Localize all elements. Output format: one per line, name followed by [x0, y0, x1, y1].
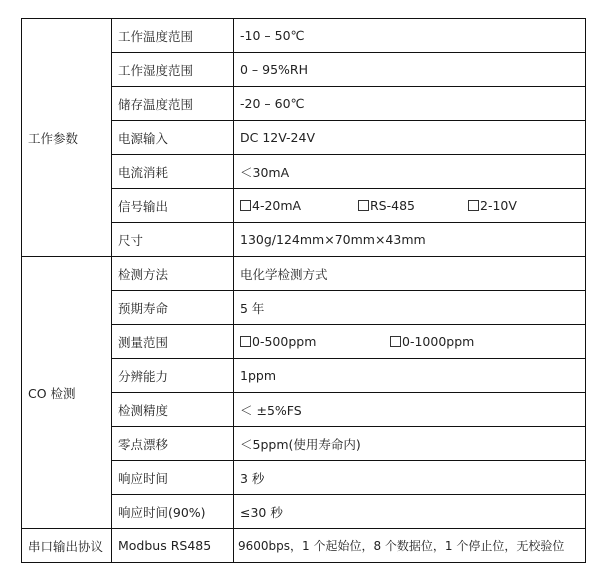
param-name: 响应时间(90%) [112, 495, 234, 529]
option-rs485[interactable]: RS-485 [358, 198, 468, 213]
param-name: 信号输出 [112, 189, 234, 223]
param-value: -10 – 50℃ [234, 19, 586, 53]
param-name: 检测方法 [112, 257, 234, 291]
param-value: DC 12V-24V [234, 121, 586, 155]
param-name: 分辨能力 [112, 359, 234, 393]
param-name: 储存温度范围 [112, 87, 234, 121]
param-name: 测量范围 [112, 325, 234, 359]
param-value: 电化学检测方式 [234, 257, 586, 291]
param-name: 工作湿度范围 [112, 53, 234, 87]
param-value-options: 4-20mARS-4852-10V [234, 189, 586, 223]
param-value: 130g/124mm×70mm×43mm [234, 223, 586, 257]
param-name: 响应时间 [112, 461, 234, 495]
table-row: 串口输出协议 Modbus RS485 9600bps，1 个起始位，8 个数据… [22, 529, 586, 563]
param-name: 零点漂移 [112, 427, 234, 461]
param-value-options: 0-500ppm0-1000ppm [234, 325, 586, 359]
param-value: ＜ ±5%FS [234, 393, 586, 427]
param-value: 0 – 95%RH [234, 53, 586, 87]
param-value: 1ppm [234, 359, 586, 393]
param-name: 尺寸 [112, 223, 234, 257]
param-name: 检测精度 [112, 393, 234, 427]
option-4-20ma[interactable]: 4-20mA [240, 198, 358, 213]
param-name: 电源输入 [112, 121, 234, 155]
param-name: 工作温度范围 [112, 19, 234, 53]
param-name: 预期寿命 [112, 291, 234, 325]
param-value: ≤30 秒 [234, 495, 586, 529]
param-value: 9600bps，1 个起始位，8 个数据位，1 个停止位，无校验位 [234, 529, 586, 563]
param-name: 电流消耗 [112, 155, 234, 189]
group-label-serial-protocol: 串口输出协议 [22, 529, 112, 563]
param-value: ＜30mA [234, 155, 586, 189]
table-row: CO 检测 检测方法 电化学检测方式 [22, 257, 586, 291]
param-value: -20 – 60℃ [234, 87, 586, 121]
param-name: Modbus RS485 [112, 529, 234, 563]
checkbox-icon[interactable] [240, 336, 251, 347]
checkbox-icon[interactable] [390, 336, 401, 347]
table-row: 工作参数 工作温度范围 -10 – 50℃ [22, 19, 586, 53]
param-value: 5 年 [234, 291, 586, 325]
group-label-working-params: 工作参数 [22, 19, 112, 257]
checkbox-icon[interactable] [358, 200, 369, 211]
group-label-co-detection: CO 检测 [22, 257, 112, 529]
spec-table: 工作参数 工作温度范围 -10 – 50℃ 工作湿度范围 0 – 95%RH 储… [21, 18, 586, 563]
checkbox-icon[interactable] [468, 200, 479, 211]
checkbox-icon[interactable] [240, 200, 251, 211]
option-0-500ppm[interactable]: 0-500ppm [240, 334, 390, 349]
param-value: ＜5ppm(使用寿命内) [234, 427, 586, 461]
option-0-1000ppm[interactable]: 0-1000ppm [390, 334, 474, 349]
param-value: 3 秒 [234, 461, 586, 495]
option-2-10v[interactable]: 2-10V [468, 198, 517, 213]
